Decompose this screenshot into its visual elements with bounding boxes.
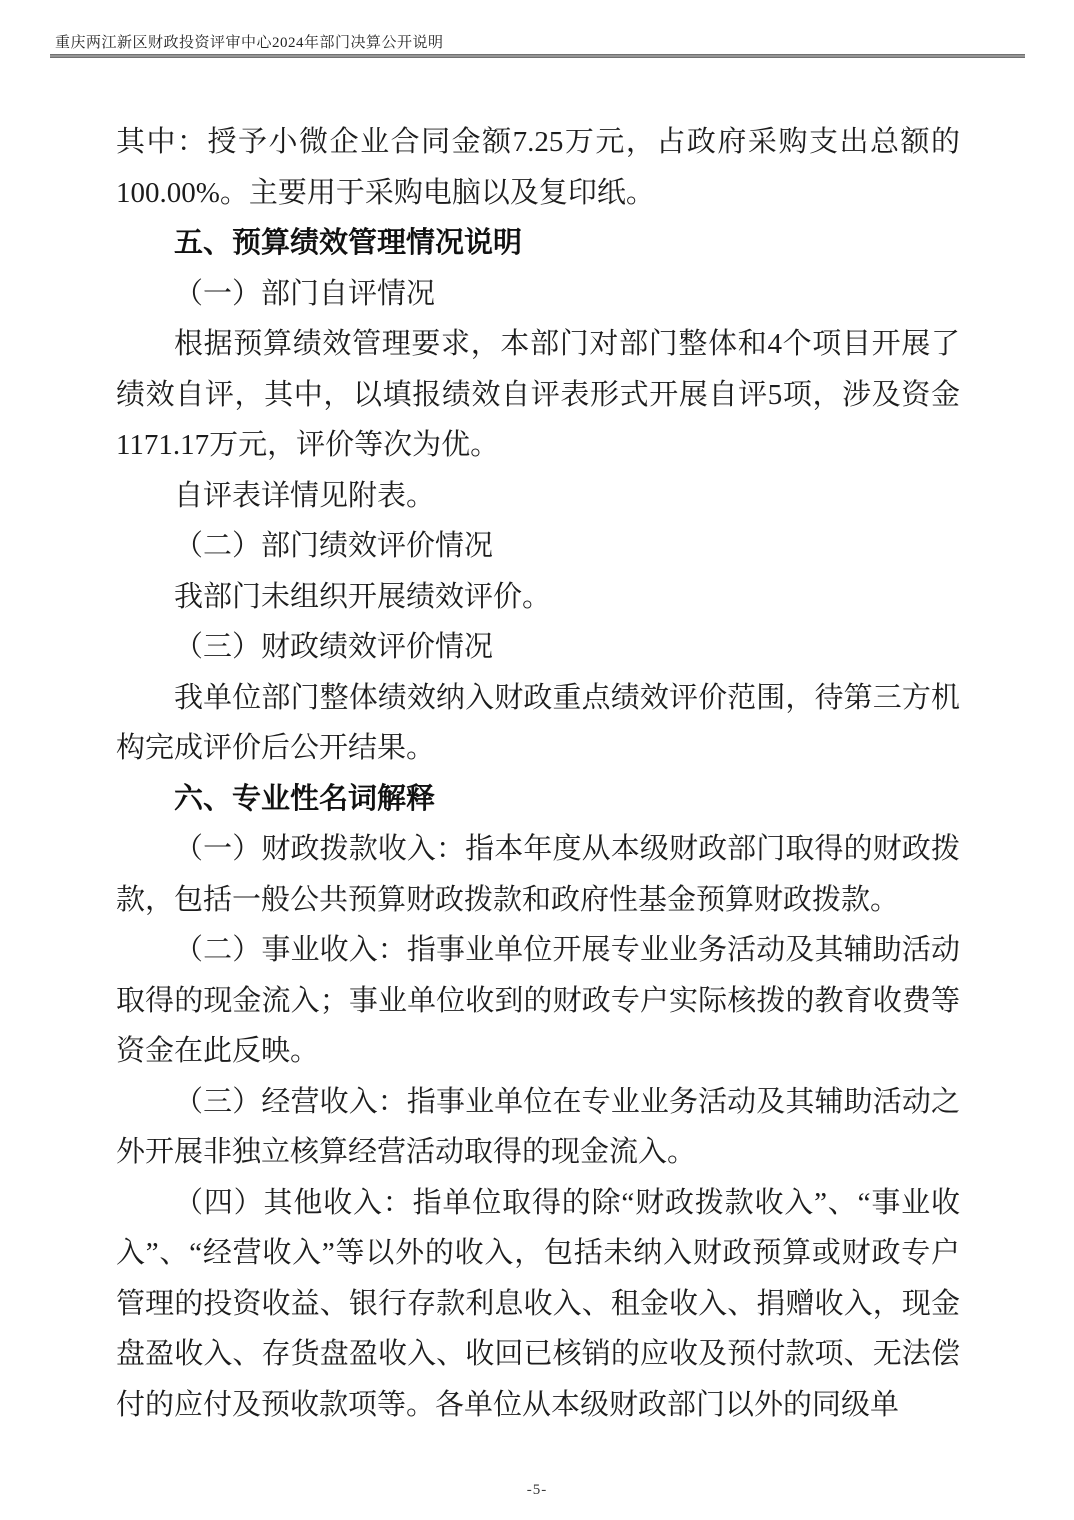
heading-section-6-terminology: 六、专业性名词解释 — [116, 774, 960, 825]
subheading-5-1-self-evaluation: （一）部门自评情况 — [116, 269, 960, 320]
subheading-5-2-department-evaluation: （二）部门绩效评价情况 — [116, 521, 960, 572]
heading-section-5-budget-performance: 五、预算绩效管理情况说明 — [116, 218, 960, 269]
paragraph-no-department-evaluation: 我部门未组织开展绩效评价。 — [116, 572, 960, 623]
header-divider-rule — [50, 54, 1025, 58]
paragraph-term-operating-income: （三）经营收入：指事业单位在专业业务活动及其辅助活动之外开展非独立核算经营活动取… — [116, 1077, 960, 1178]
running-header-title: 重庆两江新区财政投资评审中心2024年部门决算公开说明 — [55, 31, 444, 52]
paragraph-term-institutional-income: （二）事业收入：指事业单位开展专业业务活动及其辅助活动取得的现金流入；事业单位收… — [116, 925, 960, 1077]
paragraph-fiscal-evaluation-status: 我单位部门整体绩效纳入财政重点绩效评价范围，待第三方机构完成评价后公开结果。 — [116, 673, 960, 774]
paragraph-self-evaluation-summary: 根据预算绩效管理要求，本部门对部门整体和4个项目开展了绩效自评，其中，以填报绩效… — [116, 319, 960, 471]
paragraph-self-evaluation-table-note: 自评表详情见附表。 — [116, 471, 960, 522]
paragraph-term-other-income: （四）其他收入：指单位取得的除“财政拨款收入”、“事业收入”、“经营收入”等以外… — [116, 1178, 960, 1431]
paragraph-term-fiscal-appropriation-income: （一）财政拨款收入：指本年度从本级财政部门取得的财政拨款，包括一般公共预算财政拨… — [116, 824, 960, 925]
page-number: -5- — [0, 1482, 1074, 1499]
subheading-5-3-fiscal-evaluation: （三）财政绩效评价情况 — [116, 622, 960, 673]
document-body: 其中：授予小微企业合同金额7.25万元，占政府采购支出总额的100.00%。主要… — [116, 117, 960, 1430]
paragraph-govt-procurement-smb: 其中：授予小微企业合同金额7.25万元，占政府采购支出总额的100.00%。主要… — [116, 117, 960, 218]
document-page: 重庆两江新区财政投资评审中心2024年部门决算公开说明 其中：授予小微企业合同金… — [0, 0, 1074, 1520]
